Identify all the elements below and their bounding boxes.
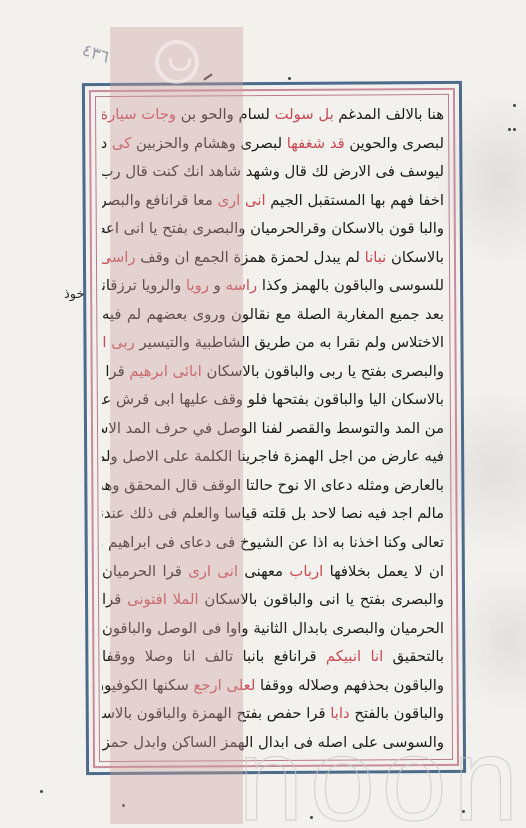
manuscript-line: فيه عارض من اجل الهمزة فاجرينا الكلمة عل… (102, 443, 444, 471)
manuscript-line: للسوسى والباقون بالهمز وكذا راسه و رويا … (102, 272, 444, 300)
manuscript-line: هنا بالالف المدغم بل سولت لسام والحو بن … (102, 101, 444, 129)
rubric-word: راسه (226, 277, 258, 294)
rubric-word: وجات سيارة (102, 106, 176, 123)
manuscript-line: والبصرى بفتح يا انى والباقون بالاسكان ال… (102, 586, 444, 614)
ink-speck (288, 77, 291, 80)
manuscript-line: بالاسكان اليا والباقون بفتحها فلو وقف عل… (102, 386, 444, 414)
rubric-word: ربى انى (102, 334, 135, 351)
rubric-word: ارباب (289, 563, 323, 580)
manuscript-line: اخفا فهم بها المستقبل الجيم انى ارى معا … (102, 187, 444, 215)
noon-logo-icon (155, 40, 199, 84)
ink-speck (40, 790, 43, 793)
manuscript-line: لبصرى والحوين قد شغفها لبصرى وهشام والحز… (102, 130, 444, 158)
manuscript-line: بعد جميع المغاربة الصلة مع نقالون وروى ب… (102, 301, 444, 329)
manuscript-line: بالاسكان نبانا لم يبدل لحمزة همزة الجمع … (102, 244, 444, 272)
rubric-word: انى ارى (217, 192, 265, 209)
manuscript-line: والباقون بحذفهم وصلاله ووقفا لعلى ارجع س… (102, 672, 444, 700)
rubric-word: قد شغفها (287, 135, 345, 152)
manuscript-text-block: هنا بالالف المدغم بل سولت لسام والحو بن … (102, 101, 444, 757)
rubric-word: بل سولت (275, 106, 334, 123)
rubric-word: ابائى ابرهيم (129, 363, 201, 380)
manuscript-line: والبصرى بفتح يا ربى والباقون بالاسكان اب… (102, 358, 444, 386)
manuscript-line: بالعارض ومثله دعاى الا نوح حالتا الوقف ق… (102, 472, 444, 500)
manuscript-line: مالم اجد فيه نصا لاحد بل قلته قياسا والع… (102, 500, 444, 528)
manuscript-line: والبا قون بالاسكان وقرالحرميان والبصرى ب… (102, 215, 444, 243)
manuscript-line: تعالى وكنا اخذنا به اذا عن الشيوخ فى دعا… (102, 529, 444, 557)
manuscript-line: والسوسى على اصله فى ابدال الهمز الساكن و… (102, 729, 444, 757)
rubric-word: نبانا (365, 249, 387, 266)
manuscript-line: ليوسف فى الارض لك قال وشهد شاهد انك كنت … (102, 158, 444, 186)
rubric-word: لعلى ارجع (193, 677, 255, 694)
rubric-word: دابا (330, 705, 349, 722)
rubric-word: الملا افتونى (127, 591, 199, 608)
ink-speck (462, 810, 465, 813)
manuscript-line: من المد والتوسط والقصر لفنا الوصل في حرف… (102, 415, 444, 443)
ink-speck (513, 128, 516, 131)
rubric-word: انى ارى (188, 563, 238, 580)
ink-speck (508, 128, 511, 131)
noon-logo-glyph (169, 58, 191, 71)
rubric-word: راسى (102, 249, 136, 266)
ink-speck (122, 804, 125, 807)
ink-speck (310, 816, 313, 819)
rubric-word: انا انبيكم (326, 648, 383, 665)
manuscript-line: ان لا يعمل بخلافها ارباب معهنى انى ارى ق… (102, 558, 444, 586)
margin-note: خوذ (64, 287, 85, 302)
manuscript-line: الاختلاس ولم نقرا به من طريق الشاطبية وا… (102, 329, 444, 357)
rubric-word: كى (112, 135, 131, 152)
manuscript-line: بالتحقيق انا انبيكم قرانافع بانبا تالف ا… (102, 643, 444, 671)
manuscript-line: والباقون بالفتح دابا قرا حفص بفتح الهمزة… (102, 700, 444, 728)
rubric-word: رويا (186, 277, 209, 294)
ink-speck (513, 104, 516, 107)
manuscript-line: الحرميان والبصرى بابدال الثانية واوا فى … (102, 615, 444, 643)
